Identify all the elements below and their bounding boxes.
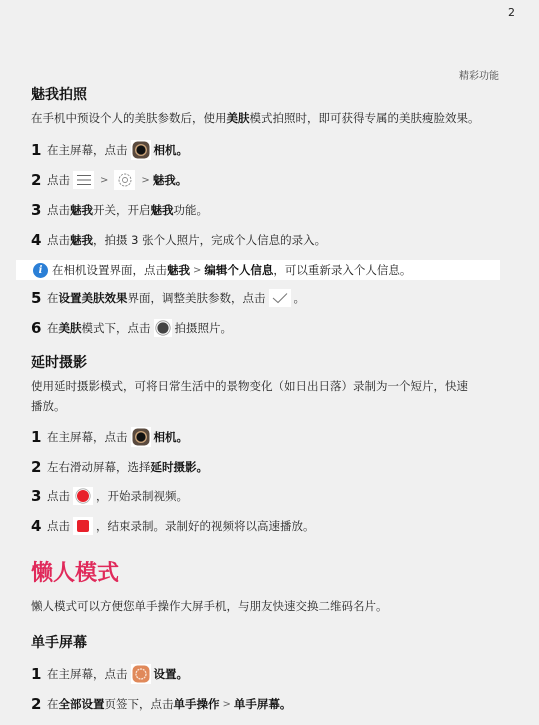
lazy-mode-intro: 懒人模式可以方便您单手操作大屏手机，与朋友快速交换二维码名片。: [31, 596, 501, 616]
menu-icon: [73, 171, 94, 189]
camera-app-icon: [131, 140, 151, 160]
info-icon: i: [33, 263, 48, 278]
meiwo-step-3: 3 点击魅我开关，开启魅我功能。: [31, 200, 208, 220]
section-label: 精彩功能: [459, 67, 499, 82]
one-hand-step-1: 1 在主屏幕，点击 设置。: [31, 664, 188, 684]
meiwo-step-4: 4 点击魅我，拍摄 3 张个人照片，完成个人信息的录入。: [31, 230, 326, 250]
meiwo-intro: 在手机中预设个人的美肤参数后，使用美肤模式拍照时，即可获得专属的美肤瘦脸效果。: [31, 108, 501, 128]
settings-gear-icon: [114, 170, 135, 190]
section-title-timelapse: 延时摄影: [31, 352, 87, 372]
stop-icon: [73, 517, 93, 535]
checkmark-icon: [269, 289, 291, 307]
meiwo-step-5: 5 在设置美肤效果界面，调整美肤参数，点击 。: [31, 288, 305, 308]
section-title-lazy-mode: 懒人模式: [31, 556, 119, 587]
meiwo-step-6: 6 在美肤模式下，点击 拍摄照片。: [31, 318, 232, 338]
record-icon: [73, 487, 93, 505]
timelapse-step-3: 3 点击 ，开始录制视频。: [31, 486, 188, 506]
timelapse-step-4: 4 点击 ，结束录制。录制好的视频将以高速播放。: [31, 516, 315, 536]
page-number: 2: [508, 6, 515, 19]
one-hand-step-2: 2 在全部设置页签下，点击单手操作>单手屏幕。: [31, 694, 291, 714]
settings-app-icon: [131, 664, 151, 684]
timelapse-intro: 使用延时摄影模式，可将日常生活中的景物变化（如日出日落）录制为一个短片，快速播放…: [31, 376, 501, 416]
timelapse-step-2: 2 左右滑动屏幕，选择延时摄影。: [31, 457, 208, 477]
section-title-one-hand: 单手屏幕: [31, 632, 87, 652]
timelapse-step-1: 1 在主屏幕，点击 相机。: [31, 427, 188, 447]
camera-app-icon: [131, 427, 151, 447]
meiwo-step-2: 2 点击 > > 魅我。: [31, 170, 187, 190]
info-note: i 在相机设置界面，点击魅我>编辑个人信息，可以重新录入个人信息。: [16, 260, 500, 280]
meiwo-step-1: 1 在主屏幕，点击 相机。: [31, 140, 188, 160]
shutter-icon: [154, 319, 172, 337]
section-title-meiwo: 魅我拍照: [31, 84, 87, 104]
